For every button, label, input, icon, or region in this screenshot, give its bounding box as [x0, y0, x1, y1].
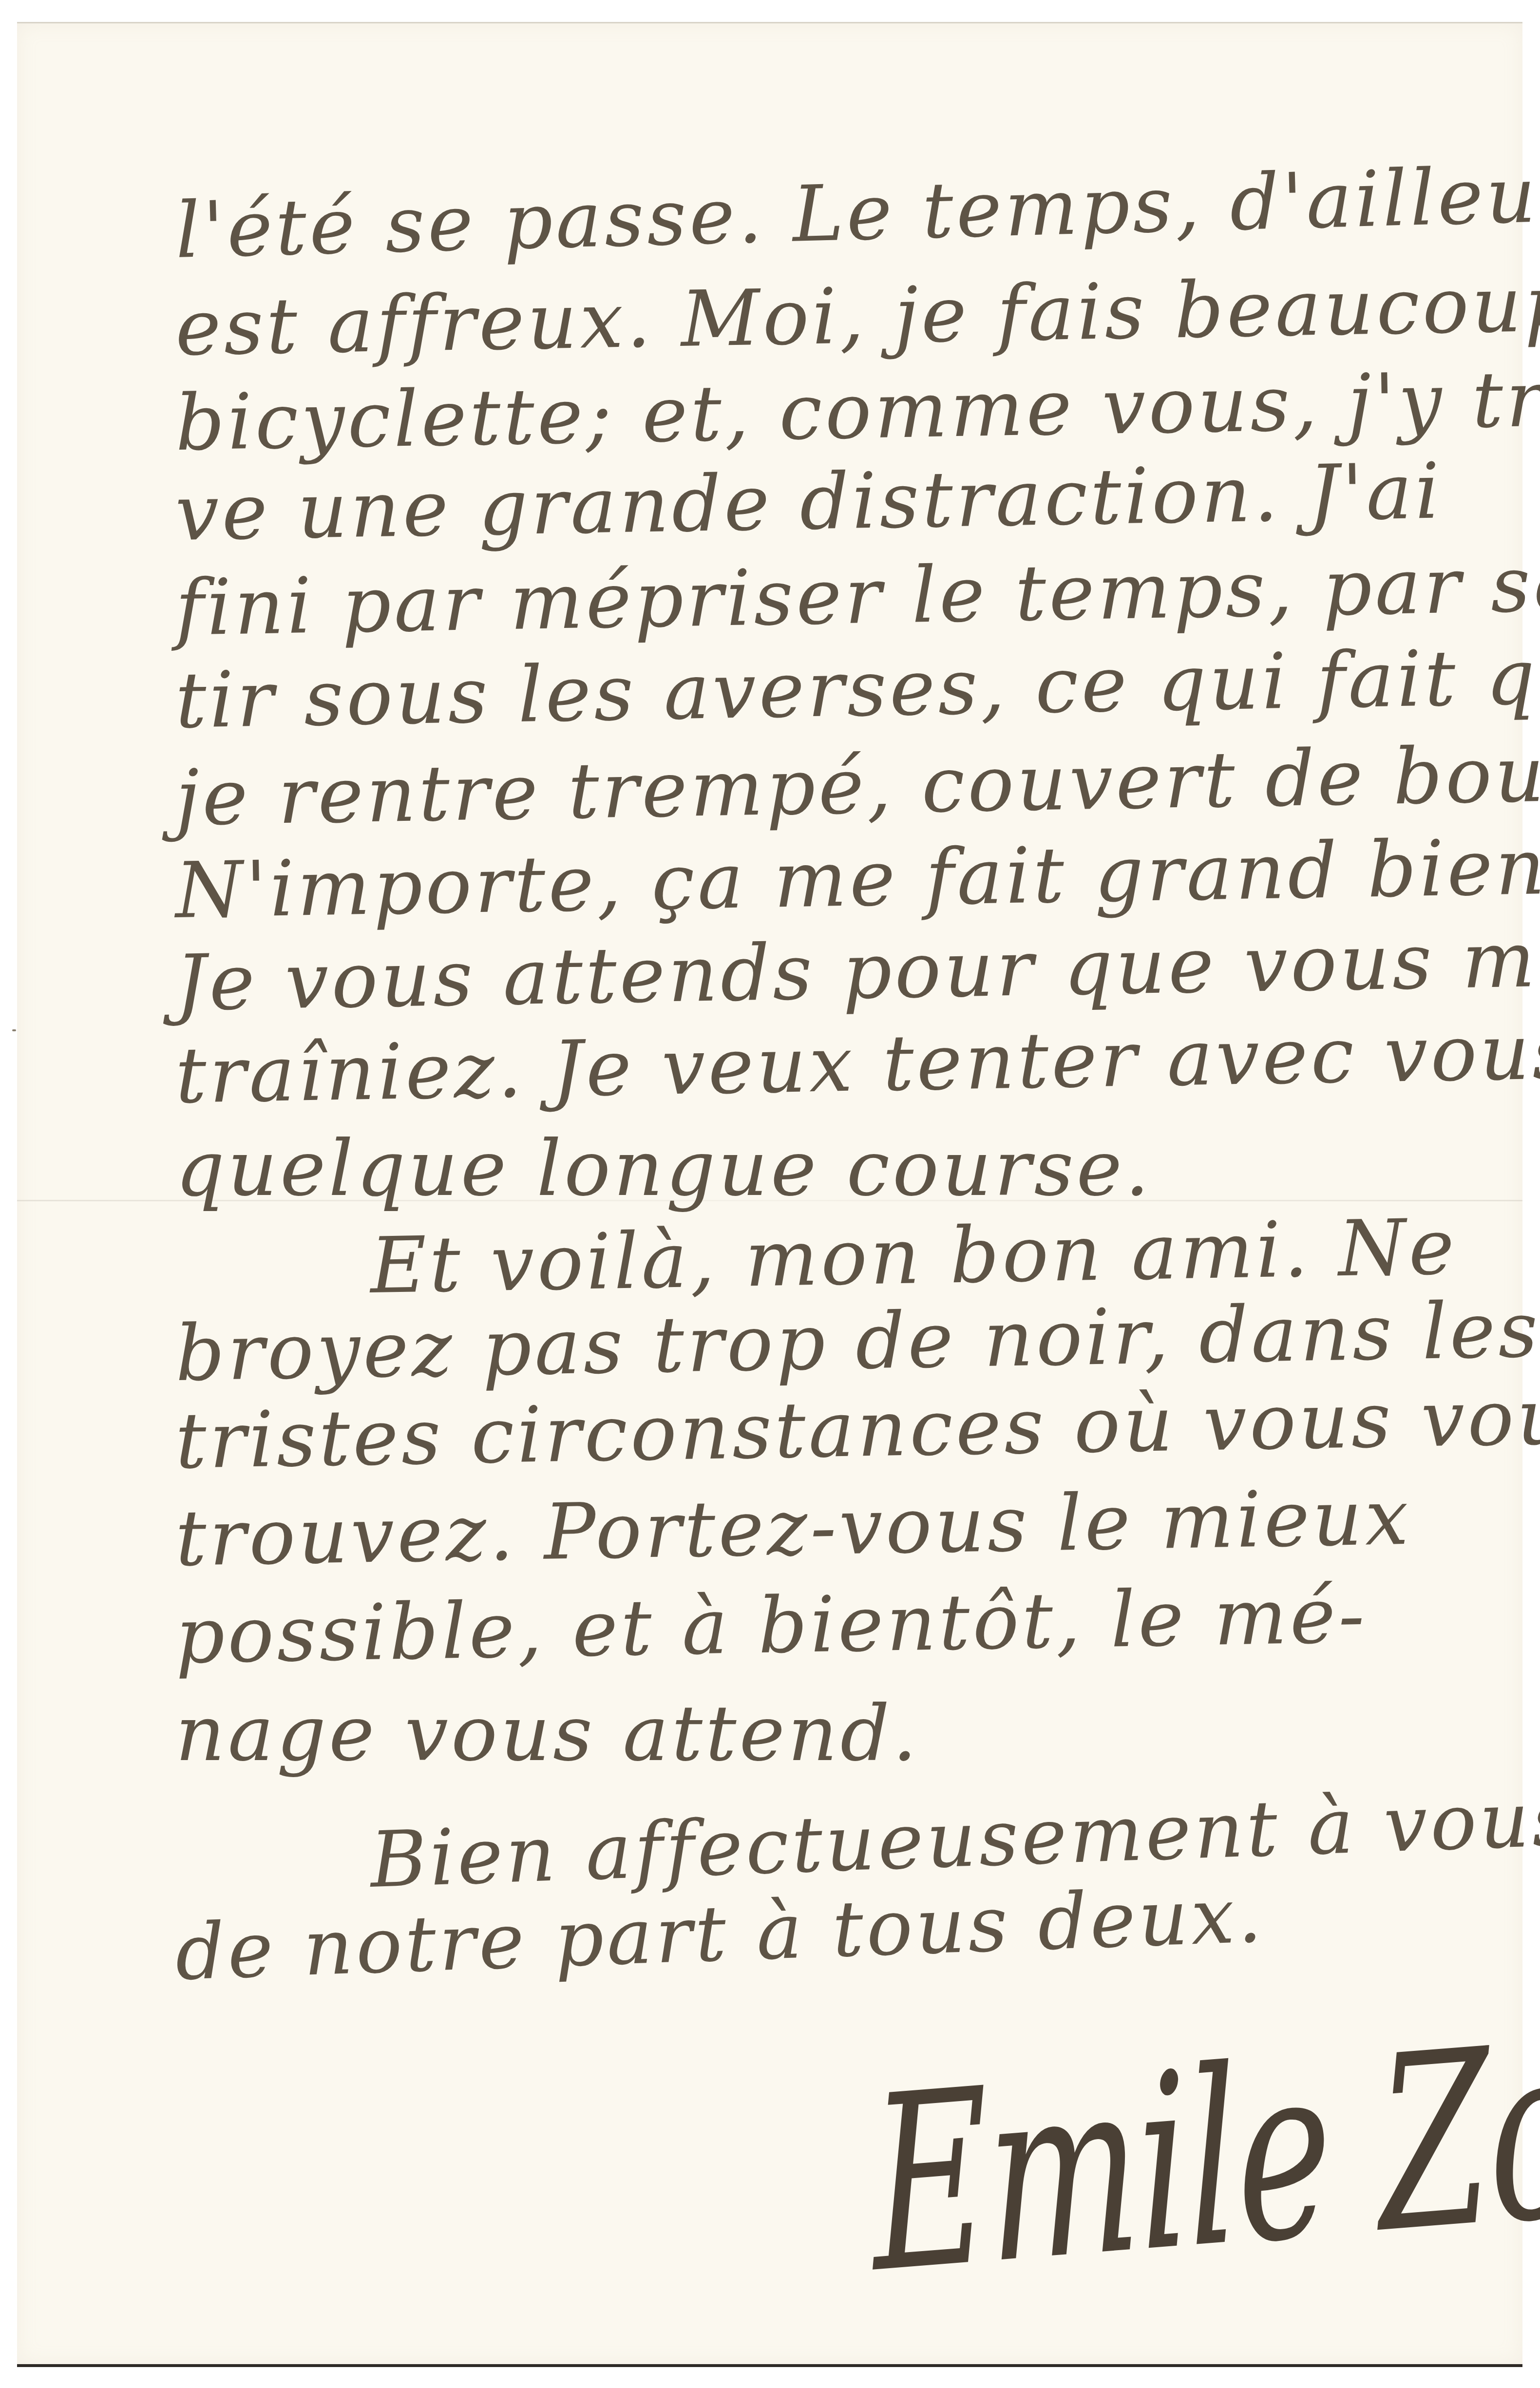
letter-line-6: tir sous les averses, ce qui fait que [175, 637, 1540, 739]
letter-line-15: trouvez. Portez-vous le mieux [175, 1479, 1412, 1577]
letter-line-14: tristes circonstances où vous vous [175, 1378, 1540, 1480]
letter-line-4: ve une grande distraction. J'ai [175, 453, 1443, 552]
letter-line-10: traîniez. Je veux tenter avec vous [175, 1013, 1540, 1115]
letter-line-17: nage vous attend. [175, 1695, 920, 1772]
letter-line-7: je rentre trempé, couvert de boue. [175, 735, 1540, 837]
letter-line-11: quelque longue course. [175, 1130, 1152, 1207]
letter-line-5: fini par mépriser le temps, par sor- [175, 544, 1540, 647]
ink-speck [12, 1029, 16, 1031]
letter-line-16: possible, et à bientôt, le mé- [175, 1577, 1368, 1675]
letter-line-8: N'importe, ça me fait grand bien. [175, 828, 1540, 929]
